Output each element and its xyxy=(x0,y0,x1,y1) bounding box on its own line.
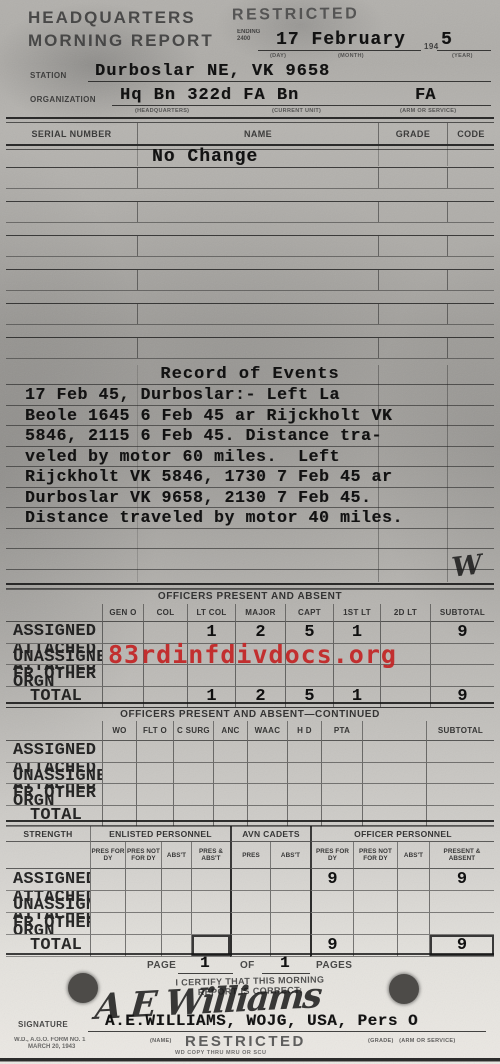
strength-bottom-rule xyxy=(6,953,494,955)
column-header: CAPT xyxy=(285,604,333,622)
arm-service-sublabel: (ARM OR SERVICE) xyxy=(400,108,456,114)
column-header-blank xyxy=(362,721,426,741)
headquarters-sublabel: (HEADQUARTERS) xyxy=(135,108,189,114)
row-label: ASSIGNED xyxy=(6,869,90,891)
roster-header-row: SERIAL NUMBER NAME GRADE CODE xyxy=(6,123,494,144)
column-header: WO xyxy=(102,721,136,741)
event-line: Durboslar VK 9658, 2130 7 Feb 45. xyxy=(6,488,494,509)
column-header: SUBTOTAL xyxy=(430,604,494,622)
strength-label: STRENGTH xyxy=(6,826,90,842)
day-sublabel: (DAY) xyxy=(270,53,286,59)
handwritten-w-mark: W xyxy=(450,549,484,583)
enlisted-personnel-group-header: ENLISTED PERSONNEL xyxy=(90,826,230,842)
event-line: 5846, 2115 6 Feb 45. Distance tra- xyxy=(6,426,494,447)
station-underline xyxy=(88,81,491,82)
form-title-morning-report: MORNING REPORT xyxy=(28,31,214,51)
subcolumn-header: PRES & ABS'T xyxy=(191,842,230,869)
row-label: ATTACHED FR OTHER ORGN xyxy=(6,665,102,687)
roster-divider xyxy=(137,146,138,166)
column-header: GEN O xyxy=(102,604,143,622)
station-value: Durboslar NE, VK 9658 xyxy=(95,62,330,81)
form-title-headquarters: HEADQUARTERS xyxy=(28,8,196,28)
subcolumn-header: ABS'T xyxy=(161,842,191,869)
column-header: WAAC xyxy=(247,721,287,741)
row-label: ATTACHED UNASSIGNED xyxy=(6,763,102,785)
column-header: COL xyxy=(143,604,187,622)
subcolumn-header: PRES NOT FOR DY xyxy=(125,842,161,869)
cell-officer-present-absent: 9 xyxy=(429,869,494,891)
event-line: Rijckholt VK 5846, 1730 7 Feb 45 ar xyxy=(6,467,494,488)
column-header: 1ST LT xyxy=(333,604,380,622)
year-underline xyxy=(437,50,491,51)
column-header: ANC xyxy=(213,721,247,741)
of-label: OF xyxy=(240,960,255,971)
column-header: LT COL xyxy=(187,604,235,622)
page-number: 1 xyxy=(200,954,210,972)
column-header: H D xyxy=(287,721,321,741)
date-entry: 17 February xyxy=(276,30,406,50)
cell: 9 xyxy=(430,622,494,644)
events-bottom-rule xyxy=(6,583,494,589)
roster-blank-row xyxy=(6,235,494,269)
month-sublabel: (MONTH) xyxy=(338,53,364,59)
row-label: ATTACHED UNASSIGNED xyxy=(6,644,102,666)
column-header: C SURG xyxy=(173,721,213,741)
subcolumn-header: ABS'T xyxy=(270,842,310,869)
grade-arm-sublabel: (GRADE) (ARM OR SERVICE) xyxy=(368,1038,455,1044)
ending-2400-label: ENDING 2400 xyxy=(237,29,260,43)
roster-divider xyxy=(447,146,448,166)
subcolumn-header: PRESENT & ABSENT xyxy=(429,842,494,869)
organization-label: ORGANIZATION xyxy=(30,95,96,104)
cell-officer-pres-for-dy: 9 xyxy=(310,869,353,891)
column-header: FLT O xyxy=(136,721,173,741)
roster-blank-row xyxy=(6,201,494,235)
bottom-edge-line-thin xyxy=(0,1061,500,1062)
event-line: Distance traveled by motor 40 miles. xyxy=(6,508,494,529)
form-date: MARCH 20, 1943 xyxy=(14,1044,85,1051)
signature-typed-name: A.E.WILLIAMS, WOJG, USA, Pers O xyxy=(105,1012,418,1030)
subcolumn-header: PRES FOR DY xyxy=(90,842,125,869)
ending-time: 2400 xyxy=(237,36,250,42)
restricted-stamp-top: RESTRICTED xyxy=(232,5,359,24)
officers-table-bottom-rule xyxy=(6,702,494,708)
row-label: ASSIGNED xyxy=(6,741,102,763)
date-underline xyxy=(258,50,421,51)
avn-cadets-group-header: AVN CADETS xyxy=(230,826,310,842)
year-sublabel: (YEAR) xyxy=(452,53,473,59)
name-sublabel: (NAME) xyxy=(150,1038,172,1044)
station-label: STATION xyxy=(30,71,67,80)
event-blank-line xyxy=(6,529,494,550)
serial-number-column-header: SERIAL NUMBER xyxy=(6,123,137,144)
column-header: MAJOR xyxy=(235,604,285,622)
name-column-header: NAME xyxy=(137,123,378,144)
event-line: 17 Feb 45, Durboslar:- Left La xyxy=(6,385,494,406)
roster-divider xyxy=(378,146,379,166)
row-label: ASSIGNED xyxy=(6,622,102,644)
row-label: ATTACHED UNASSIGNED xyxy=(6,891,90,913)
officers-continued-table: WO FLT O C SURG ANC WAAC H D PTA SUBTOTA… xyxy=(6,721,494,827)
form-number-block: W.D., A.G.O. FORM NO. 1 MARCH 20, 1943 xyxy=(14,1037,85,1051)
form-number: W.D., A.G.O. FORM NO. 1 xyxy=(14,1037,85,1044)
roster-blank-row xyxy=(6,167,494,201)
site-watermark: 83rdinfdivdocs.org xyxy=(108,640,397,669)
roster-blank-row xyxy=(6,303,494,337)
code-column-header: CODE xyxy=(447,123,494,144)
grade-column-header: GRADE xyxy=(378,123,447,144)
column-header: PTA xyxy=(321,721,362,741)
date-day: 17 xyxy=(276,30,300,50)
row-label: ATTACHED FR OTHER ORGN xyxy=(6,784,102,806)
organization-arm: FA xyxy=(415,86,435,105)
record-of-events-title: Record of Events xyxy=(6,365,494,385)
page-label: PAGE xyxy=(147,960,176,971)
signature-label: SIGNATURE xyxy=(18,1020,68,1029)
subcolumn-header: PRES xyxy=(230,842,270,869)
date-month: February xyxy=(311,30,405,50)
column-header: 2D LT xyxy=(380,604,430,622)
ending-label: ENDING xyxy=(237,29,260,35)
cell xyxy=(430,665,494,687)
row-label: ATTACHED FR OTHER ORGN xyxy=(6,913,90,935)
restricted-stamp-bottom: RESTRICTED xyxy=(185,1033,306,1050)
pages-label: PAGES xyxy=(316,960,352,971)
signature-underline xyxy=(88,1031,486,1032)
officer-personnel-group-header: OFFICER PERSONNEL xyxy=(310,826,494,842)
organization-underline xyxy=(112,105,491,106)
roster-entry-no-change: No Change xyxy=(152,147,258,167)
column-header: SUBTOTAL xyxy=(426,721,494,741)
wd-copy-note: WD COPY THRU MRU OR SCU xyxy=(175,1050,266,1056)
punch-hole-right xyxy=(389,974,419,1004)
subcolumn-header: ABS'T xyxy=(397,842,429,869)
event-blank-line xyxy=(6,549,494,570)
strength-table: STRENGTH ENLISTED PERSONNEL AVN CADETS O… xyxy=(6,826,494,957)
year-typed: 5 xyxy=(441,30,452,50)
organization-value: Hq Bn 322d FA Bn xyxy=(120,86,299,105)
record-of-events-section: Record of Events 17 Feb 45, Durboslar:- … xyxy=(6,365,494,582)
subcolumn-header: PRES NOT FOR DY xyxy=(353,842,397,869)
officers-continued-title: OFFICERS PRESENT AND ABSENT—CONTINUED xyxy=(0,709,500,720)
roster-blank-row xyxy=(6,269,494,303)
punch-hole-left xyxy=(68,973,98,1003)
event-line: veled by motor 60 miles. Left xyxy=(6,447,494,468)
subcolumn-header: PRES FOR DY xyxy=(310,842,353,869)
officers-table-title: OFFICERS PRESENT AND ABSENT xyxy=(0,591,500,602)
cell xyxy=(430,644,494,666)
event-line: Beole 1645 6 Feb 45 ar Rijckholt VK xyxy=(6,406,494,427)
pages-total: 1 xyxy=(280,954,290,972)
current-unit-sublabel: (CURRENT UNIT) xyxy=(272,108,321,114)
morning-report-form: HEADQUARTERS RESTRICTED MORNING REPORT E… xyxy=(0,0,500,1064)
roster-blank-rows xyxy=(6,167,494,371)
pages-total-underline xyxy=(262,973,310,974)
page-number-underline xyxy=(178,973,233,974)
